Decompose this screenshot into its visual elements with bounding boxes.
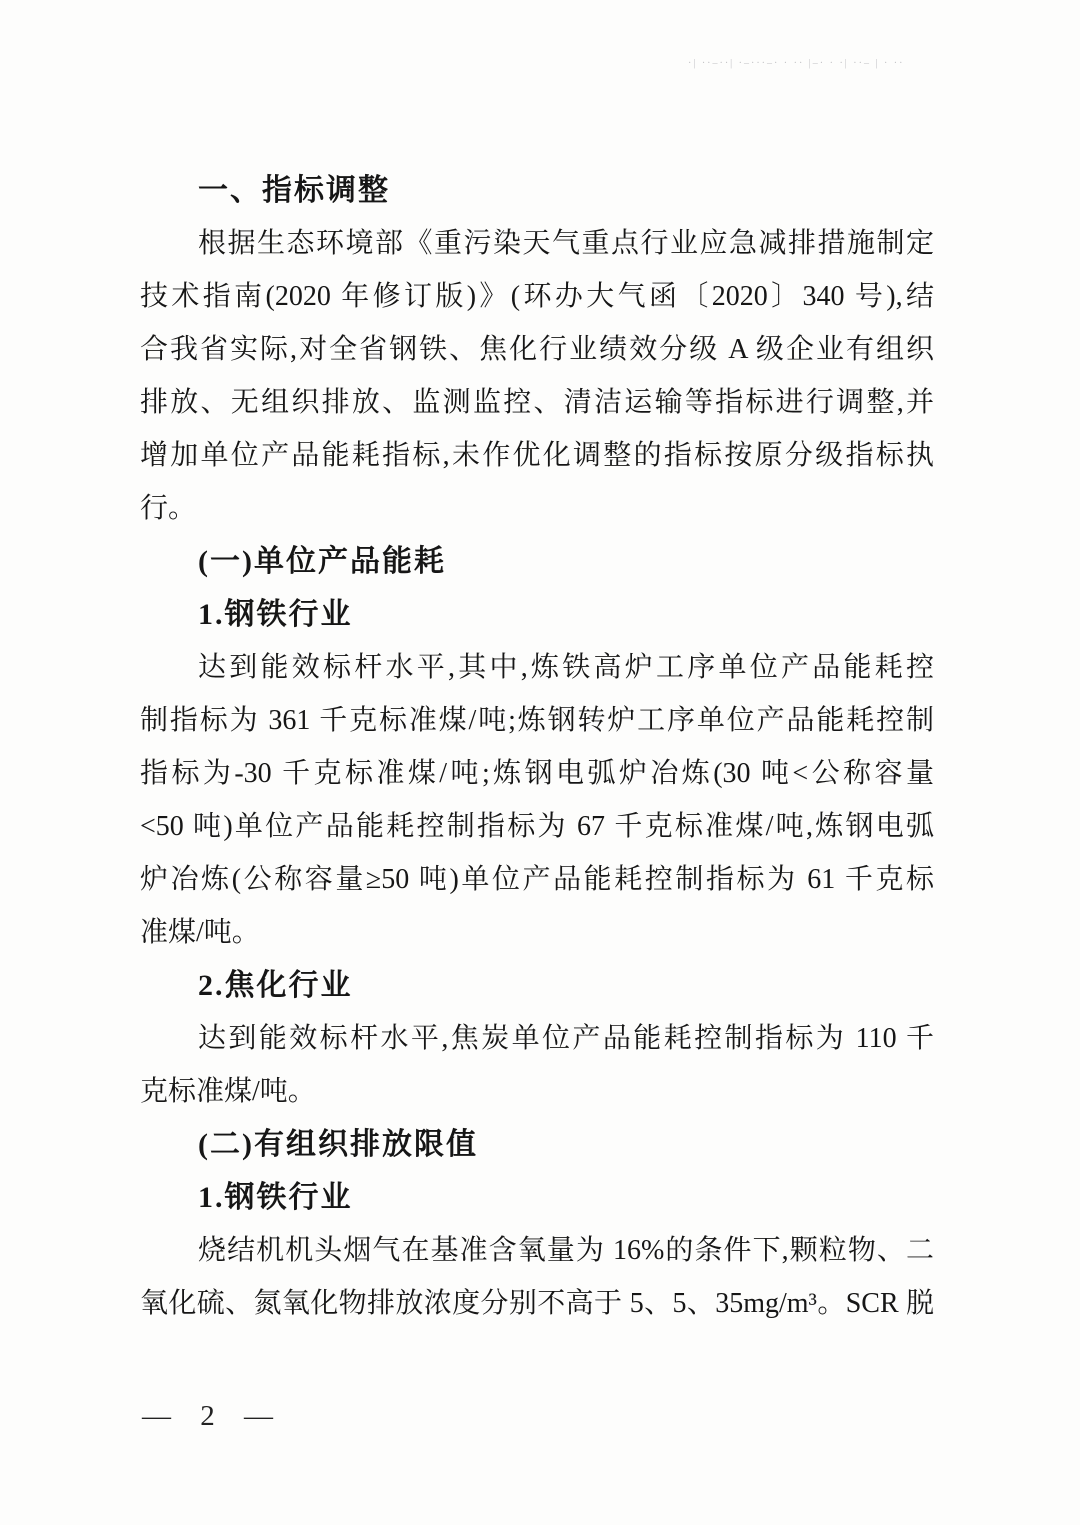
section-heading-indicator-adjustment: 一、指标调整 — [140, 164, 934, 217]
subheading-coking-industry: 2.焦化行业 — [140, 959, 934, 1012]
paragraph1-line: 排放、无组织排放、监测监控、清洁运输等指标进行调整,并 — [140, 376, 934, 429]
paragraph1-line: 合我省实际,对全省钢铁、焦化行业绩效分级 A 级企业有组织 — [140, 323, 934, 376]
paragraph3-line: 达到能效标杆水平,焦炭单位产品能耗控制指标为 110 千 — [140, 1012, 934, 1065]
paragraph1-line: 行。 — [140, 482, 934, 535]
paragraph1-line: 根据生态环境部《重污染天气重点行业应急减排措施制定 — [140, 217, 934, 270]
document-body: 一、指标调整 根据生态环境部《重污染天气重点行业应急减排措施制定 技术指南(20… — [140, 164, 934, 1330]
page-number: — 2 — — [142, 1396, 273, 1436]
paragraph1-line: 技术指南(2020 年修订版)》(环办大气函〔2020〕340 号),结 — [140, 270, 934, 323]
document-page: ·| ··–··| ·–···–· · ·· |–· · ·| ··– | · … — [0, 0, 1080, 1525]
paragraph2-line: 达到能效标杆水平,其中,炼铁高炉工序单位产品能耗控 — [140, 641, 934, 694]
subsection-heading-unit-product-energy: (一)单位产品能耗 — [140, 535, 934, 588]
subheading-steel-industry-2: 1.钢铁行业 — [140, 1171, 934, 1224]
subheading-steel-industry-1: 1.钢铁行业 — [140, 588, 934, 641]
subsection-heading-organized-emission-limits: (二)有组织排放限值 — [140, 1118, 934, 1171]
paragraph2-line: 炉冶炼(公称容量≥50 吨)单位产品能耗控制指标为 61 千克标 — [140, 853, 934, 906]
paragraph2-line: 准煤/吨。 — [140, 906, 934, 959]
paragraph4-line: 氧化硫、氮氧化物排放浓度分别不高于 5、5、35mg/m³。SCR 脱 — [140, 1277, 934, 1330]
paragraph1-line: 增加单位产品能耗指标,未作优化调整的指标按原分级指标执 — [140, 429, 934, 482]
paragraph3-line: 克标准煤/吨。 — [140, 1065, 934, 1118]
scan-artifact-marks: ·| ··–··| ·–···–· · ·· |–· · ·| ··– | · … — [688, 58, 968, 70]
paragraph4-line: 烧结机机头烟气在基准含氧量为 16%的条件下,颗粒物、二 — [140, 1224, 934, 1277]
paragraph2-line: 制指标为 361 千克标准煤/吨;炼钢转炉工序单位产品能耗控制 — [140, 694, 934, 747]
paragraph2-line: 指标为-30 千克标准煤/吨;炼钢电弧炉冶炼(30 吨<公称容量 — [140, 747, 934, 800]
paragraph2-line: <50 吨)单位产品能耗控制指标为 67 千克标准煤/吨,炼钢电弧 — [140, 800, 934, 853]
